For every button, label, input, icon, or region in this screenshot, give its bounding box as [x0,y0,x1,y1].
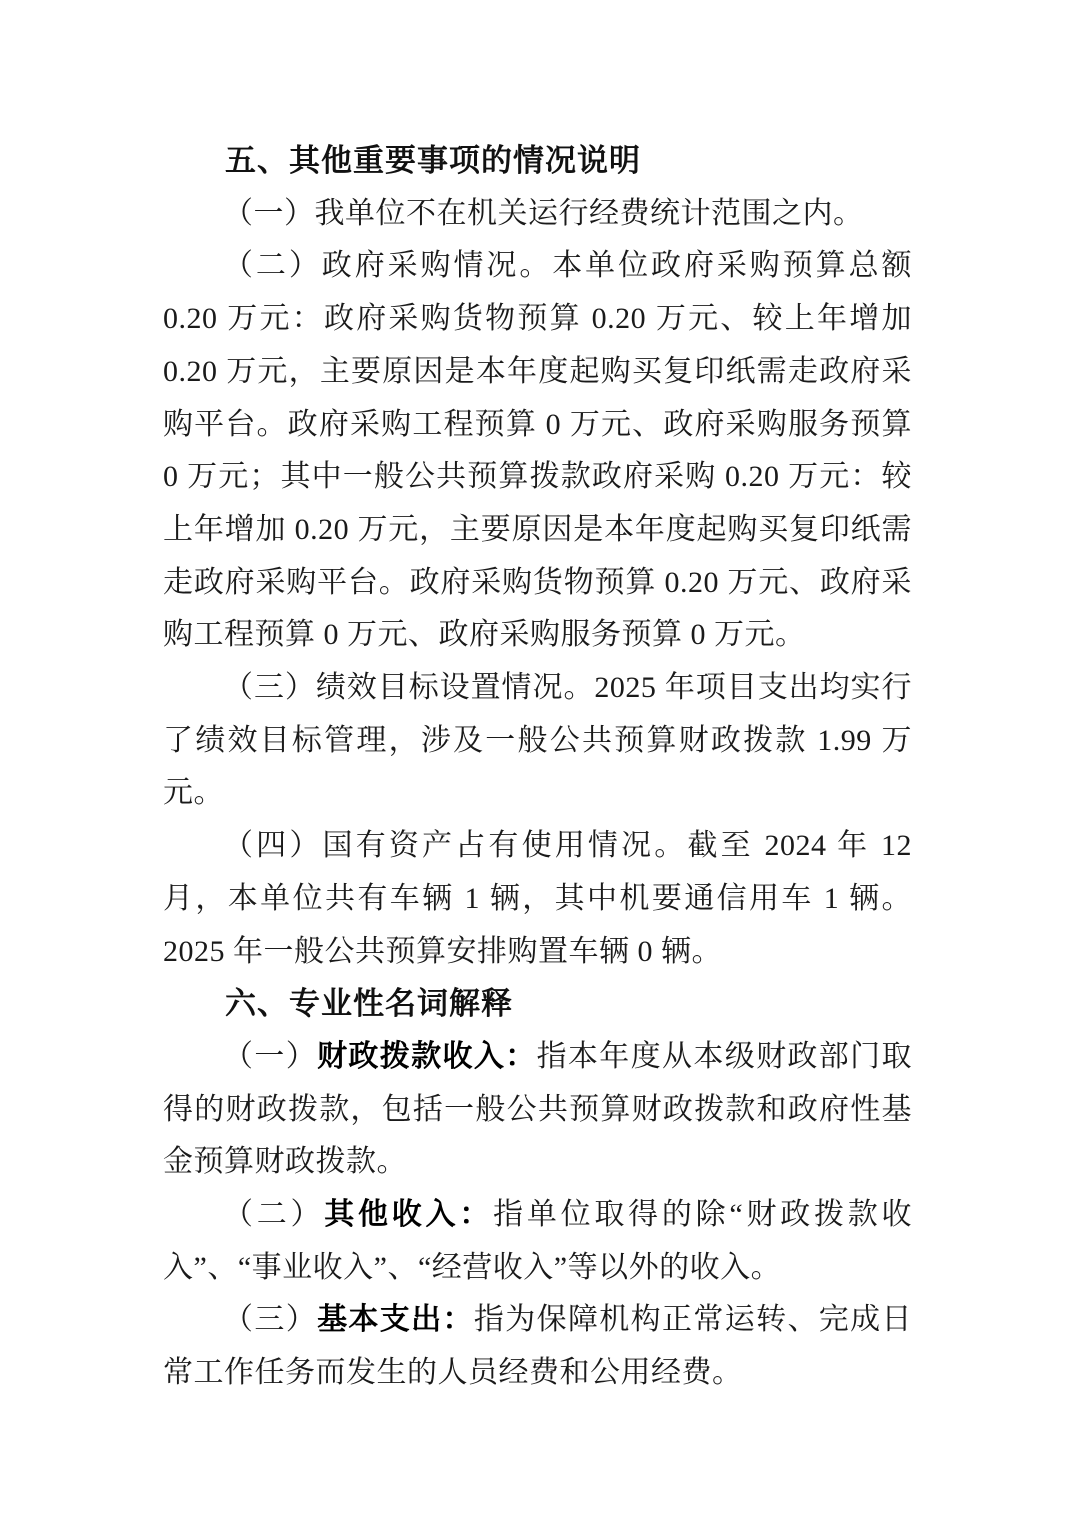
paragraph-five-1: （一）我单位不在机关运行经费统计范围之内。 [163,188,912,241]
section-heading-six: 六、专业性名词解释 [163,978,912,1031]
paragraph-six-2: （二）其他收入：指单位取得的除“财政拨款收入”、“事业收入”、“经营收入”等以外… [163,1189,912,1294]
paragraph-six-1-term: 财政拨款收入： [317,1040,537,1073]
paragraph-six-2-prefix: （二） [223,1198,324,1231]
paragraph-six-2-term: 其他收入： [324,1198,493,1231]
document-page: 五、其他重要事项的情况说明 （一）我单位不在机关运行经费统计范围之内。 （二）政… [0,0,1074,1520]
paragraph-six-1: （一）财政拨款收入：指本年度从本级财政部门取得的财政拨款，包括一般公共预算财政拨… [163,1031,912,1189]
paragraph-five-3: （三）绩效目标设置情况。2025 年项目支出均实行了绩效目标管理，涉及一般公共预… [163,662,912,820]
paragraph-six-3-prefix: （三） [223,1303,317,1336]
section-heading-five: 五、其他重要事项的情况说明 [163,135,912,188]
paragraph-five-2: （二）政府采购情况。本单位政府采购预算总额 0.20 万元：政府采购货物预算 0… [163,240,912,662]
paragraph-six-1-prefix: （一） [223,1040,317,1073]
paragraph-six-3: （三）基本支出：指为保障机构正常运转、完成日常工作任务而发生的人员经费和公用经费… [163,1294,912,1399]
paragraph-six-3-term: 基本支出： [317,1303,474,1336]
paragraph-five-4: （四）国有资产占有使用情况。截至 2024 年 12 月，本单位共有车辆 1 辆… [163,820,912,978]
